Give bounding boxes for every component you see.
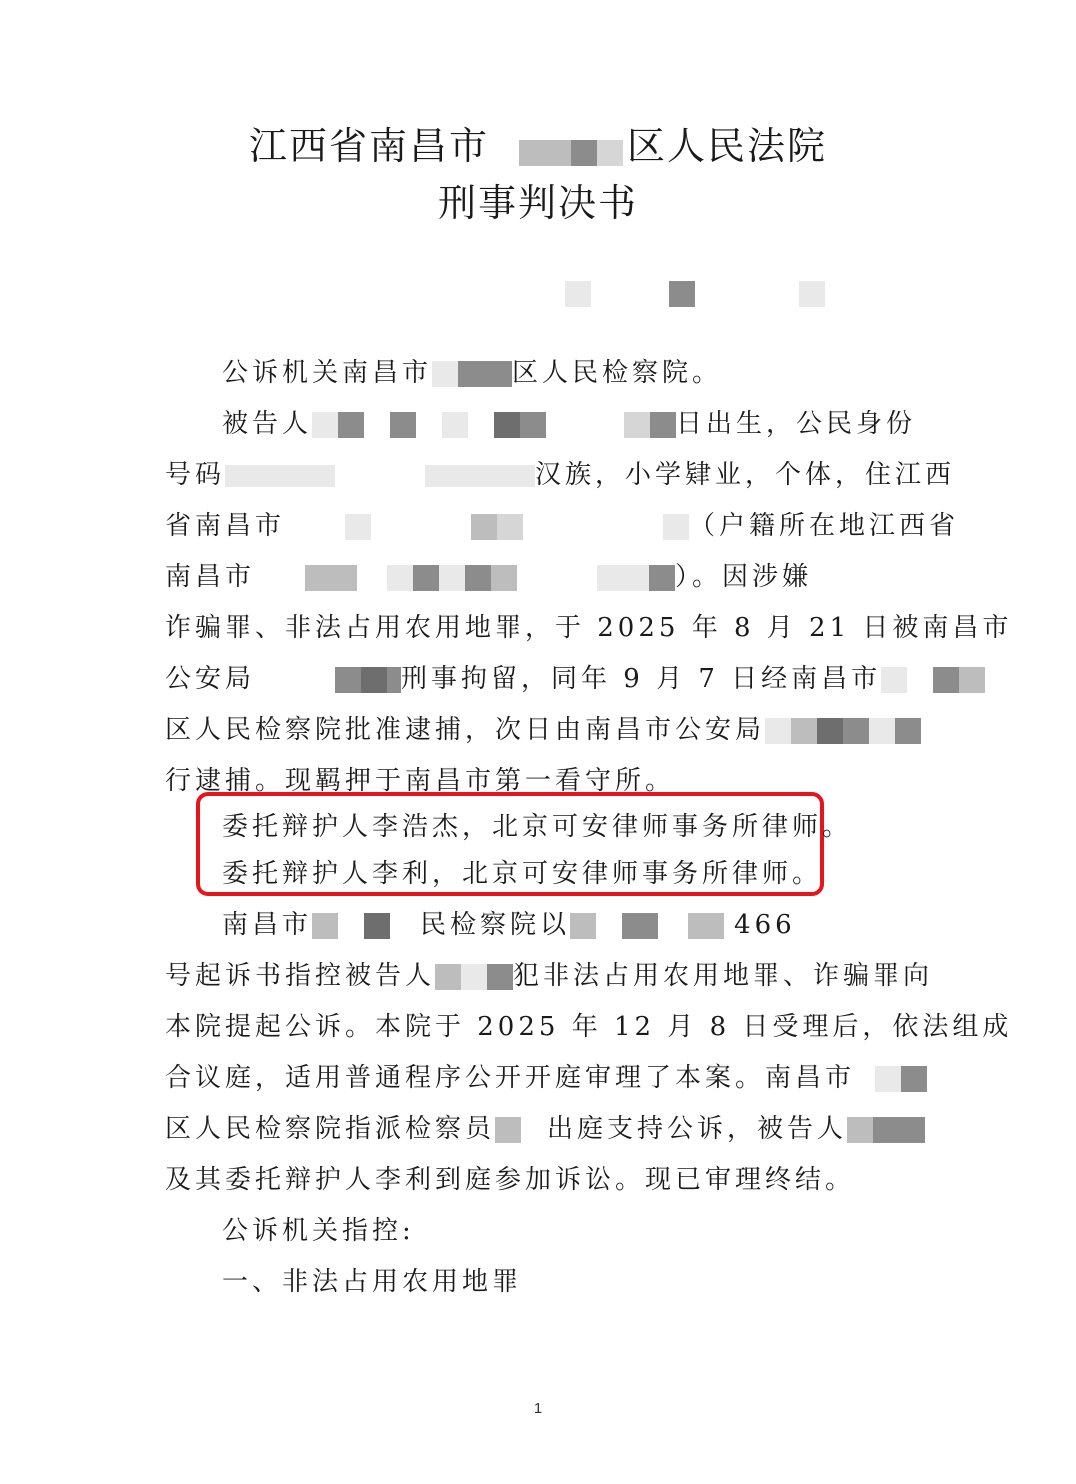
- proceedings-line: 南昌市民检察院以466: [222, 908, 796, 942]
- defendant-line: 被告人日出生，公民身份: [222, 407, 916, 441]
- text: 日出生，公民身份: [676, 409, 916, 439]
- proceedings-line: 本院提起公诉。本院于 2025 年 12 月 8 日受理后，依法组成: [165, 1010, 1012, 1044]
- text: 民检察院以: [420, 910, 570, 940]
- defendant-line: 省南昌市（户籍所在地江西省: [165, 509, 959, 543]
- text: 合议庭，适用普通程序公开开庭审理了本案。南昌市: [165, 1063, 855, 1093]
- proceedings-line: 区人民检察院指派检察员出庭支持公诉，被告人: [165, 1112, 925, 1146]
- text: 被告人: [222, 409, 312, 439]
- text: 区人民检察院批准逮捕，次日由南昌市公安局: [165, 715, 765, 745]
- text: 南昌市: [222, 910, 312, 940]
- redacted-case-number: [565, 276, 825, 310]
- redacted-district: [493, 128, 623, 172]
- text: 466: [734, 910, 796, 940]
- defendant-line: 号码汉族，小学肄业，个体，住江西: [165, 458, 955, 492]
- text: 犯非法占用农用地罪、诈骗罪向: [513, 961, 933, 991]
- proceedings-line: 合议庭，适用普通程序公开开庭审理了本案。南昌市: [165, 1061, 927, 1095]
- text: 刑事拘留，同年 9 月 7 日经南昌市: [401, 664, 881, 694]
- text: 省南昌市: [165, 511, 285, 541]
- text: 号起诉书指控被告人: [165, 961, 435, 991]
- text: ）。因涉嫌: [675, 562, 812, 592]
- text: 南昌市: [165, 562, 255, 592]
- defendant-line: 区人民检察院批准逮捕，次日由南昌市公安局: [165, 713, 921, 747]
- proceedings-line: 号起诉书指控被告人犯非法占用农用地罪、诈骗罪向: [165, 959, 933, 993]
- defense-lawyer-1: 委托辩护人李浩杰，北京可安律师事务所律师。: [222, 810, 852, 844]
- page-number: 1: [0, 1400, 1076, 1417]
- defendant-line: 诈骗罪、非法占用农用地罪，于 2025 年 8 月 21 日被南昌市: [165, 611, 1012, 645]
- defense-lawyer-2: 委托辩护人李利，北京可安律师事务所律师。: [222, 857, 822, 891]
- charge-heading-1: 一、非法占用农用地罪: [222, 1265, 522, 1299]
- court-title-suffix: 区人民法院: [627, 124, 827, 168]
- defendant-line: 南昌市）。因涉嫌: [165, 560, 812, 594]
- text: 区人民检察院。: [512, 358, 722, 388]
- court-title-prefix: 江西省南昌市: [249, 124, 489, 168]
- text: 区人民检察院指派检察员: [165, 1114, 495, 1144]
- proceedings-line: 及其委托辩护人李利到庭参加诉讼。现已审理终结。: [165, 1163, 855, 1197]
- text: 汉族，小学肄业，个体，住江西: [535, 460, 955, 490]
- charges-heading: 公诉机关指控:: [222, 1214, 415, 1248]
- court-title: 江西省南昌市区人民法院: [0, 115, 1076, 172]
- text: 号码: [165, 460, 225, 490]
- prosecutor-line: 公诉机关南昌市区人民检察院。: [222, 356, 722, 390]
- document-type-title: 刑事判决书: [0, 172, 1076, 227]
- text: 出庭支持公诉，被告人: [547, 1114, 847, 1144]
- text: 公安局: [165, 664, 255, 694]
- defendant-line: 公安局刑事拘留，同年 9 月 7 日经南昌市: [165, 662, 985, 696]
- text: （户籍所在地江西省: [689, 511, 959, 541]
- text: 公诉机关南昌市: [222, 358, 432, 388]
